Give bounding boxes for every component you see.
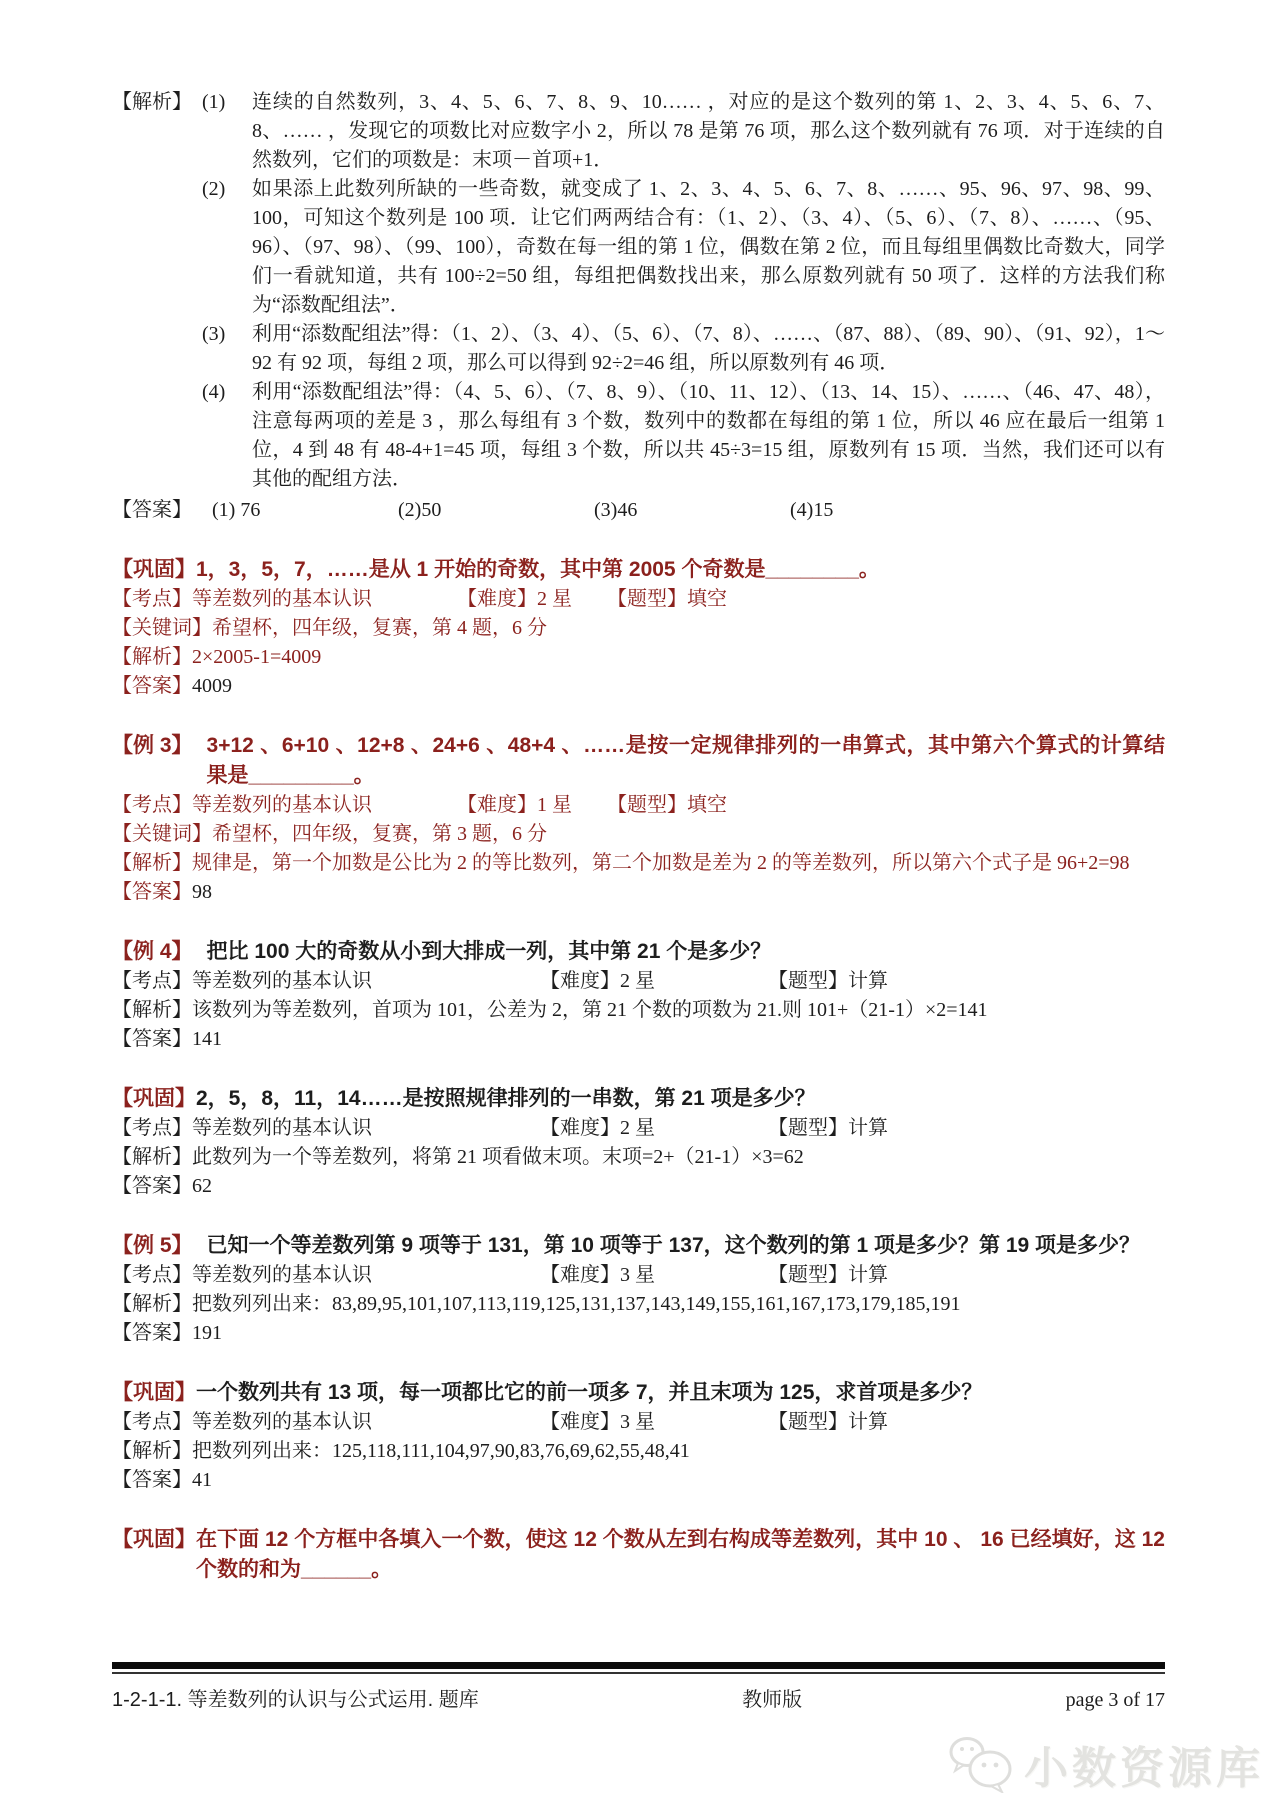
footer-rule-thin <box>112 1672 1165 1674</box>
item-text: 如果添上此数列所缺的一些奇数，就变成了 1、2、3、4、5、6、7、8、……、9… <box>252 175 1165 320</box>
keyword-row: 【关键词】 希望杯，四年级，复赛，第 4 题，6 分 <box>112 614 1165 643</box>
section-gonggu-4: 【巩固】 在下面 12 个方框中各填入一个数，使这 12 个数从左到右构成等差数… <box>112 1525 1165 1585</box>
section-gonggu-1: 【巩固】 1，3，5，7，……是从 1 开始的奇数，其中第 2005 个奇数是_… <box>112 555 1165 701</box>
problem-title-row: 【例 5】 已知一个等差数列第 9 项等于 131，第 10 项等于 137，这… <box>112 1231 1165 1261</box>
section-gonggu-2: 【巩固】 2，5，8，11，14……是按照规律排列的一串数，第 21 项是多少？… <box>112 1084 1165 1201</box>
kaodian-label: 【考点】 <box>112 1264 192 1286</box>
problem-text: 1，3，5，7，……是从 1 开始的奇数，其中第 2005 个奇数是______… <box>196 555 1165 585</box>
daan-label: 【答案】 <box>112 878 192 907</box>
tixing-value: 填空 <box>687 588 727 610</box>
daan-value: 4009 <box>192 672 1165 701</box>
jiexi-label: 【解析】 <box>112 996 192 1025</box>
kaodian-value: 等差数列的基本认识 <box>192 588 372 610</box>
nandu-label: 【难度】 <box>540 1264 620 1286</box>
nandu-value: 2 星 <box>537 588 572 610</box>
nandu-value: 2 星 <box>620 1117 655 1139</box>
tixing-label: 【题型】 <box>768 970 848 992</box>
answers-row: 【答案】 (1) 76 (2)50 (3)46 (4)15 <box>112 496 1165 525</box>
item-number: (4) <box>202 378 252 494</box>
daan-value: 191 <box>192 1319 1165 1348</box>
meta-row: 【考点】等差数列的基本认识 【难度】3 星 【题型】计算 <box>112 1261 1165 1290</box>
item-number: (1) <box>202 88 252 175</box>
meta-row: 【考点】等差数列的基本认识 【难度】2 星 【题型】计算 <box>112 1114 1165 1143</box>
problem-title-row: 【巩固】 一个数列共有 13 项，每一项都比它的前一项多 7，并且末项为 125… <box>112 1378 1165 1408</box>
jiexi-row: 【解析】 2×2005-1=4009 <box>112 643 1165 672</box>
tixing-value: 计算 <box>848 1411 888 1433</box>
watermark: 小数资源库 <box>948 1732 1264 1796</box>
kaodian-value: 等差数列的基本认识 <box>192 794 372 816</box>
problem-title-row: 【例 4】 把比 100 大的奇数从小到大排成一列，其中第 21 个是多少？ <box>112 937 1165 967</box>
problem-title-row: 【巩固】 1，3，5，7，……是从 1 开始的奇数，其中第 2005 个奇数是_… <box>112 555 1165 585</box>
daan-label: 【答案】 <box>112 1172 192 1201</box>
jiexi-label: 【解析】 <box>112 849 192 878</box>
example-label: 【例 4】 <box>112 937 193 967</box>
analysis-item-1: (1) 连续的自然数列，3、4、5、6、7、8、9、10…… ，对应的是这个数列… <box>202 88 1165 175</box>
problem-text: 已知一个等差数列第 9 项等于 131，第 10 项等于 137，这个数列的第 … <box>207 1231 1165 1261</box>
gonggu-label: 【巩固】 <box>112 555 196 585</box>
meta-row: 【考点】等差数列的基本认识 【难度】2 星 【题型】填空 <box>112 585 1165 614</box>
gonggu-label: 【巩固】 <box>112 1378 196 1408</box>
daan-row: 【答案】 141 <box>112 1025 1165 1054</box>
item-number: (2) <box>202 175 252 320</box>
jiexi-value: 此数列为一个等差数列，将第 21 项看做末项。末项=2+（21-1）×3=62 <box>192 1143 1165 1172</box>
daan-label: 【答案】 <box>112 1025 192 1054</box>
daan-label: 【答案】 <box>112 1466 192 1495</box>
nandu-label: 【难度】 <box>457 588 537 610</box>
example-label: 【例 3】 <box>112 731 193 791</box>
nandu-value: 3 星 <box>620 1411 655 1433</box>
kaodian-value: 等差数列的基本认识 <box>192 1117 372 1139</box>
daan-row: 【答案】 62 <box>112 1172 1165 1201</box>
nandu-value: 2 星 <box>620 970 655 992</box>
watermark-text: 小数资源库 <box>1024 1732 1264 1796</box>
problem-title-row: 【例 3】 3+12 、6+10 、12+8 、24+6 、48+4 、……是按… <box>112 731 1165 791</box>
kaodian-value: 等差数列的基本认识 <box>192 1411 372 1433</box>
jiexi-label: 【解析】 <box>112 1143 192 1172</box>
jiexi-value: 该数列为等差数列，首项为 101，公差为 2，第 21 个数的项数为 21.则 … <box>192 996 1165 1025</box>
kaodian-label: 【考点】 <box>112 1411 192 1433</box>
keyword-value: 希望杯，四年级，复赛，第 3 题，6 分 <box>212 820 1165 849</box>
daan-value: 98 <box>192 878 1165 907</box>
analysis-item-4: (4) 利用“添数配组法”得：（4、5、6）、（7、8、9）、（10、11、12… <box>202 378 1165 494</box>
jiexi-label: 【解析】 <box>112 1437 192 1466</box>
kaodian-label: 【考点】 <box>112 1117 192 1139</box>
document-page: 【解析】 (1) 连续的自然数列，3、4、5、6、7、8、9、10…… ，对应的… <box>0 0 1280 1809</box>
daan-row: 【答案】 191 <box>112 1319 1165 1348</box>
kaodian-value: 等差数列的基本认识 <box>192 970 372 992</box>
jiexi-value: 把数列列出来：125,118,111,104,97,90,83,76,69,62… <box>192 1437 1165 1466</box>
analysis-items: (1) 连续的自然数列，3、4、5、6、7、8、9、10…… ，对应的是这个数列… <box>202 88 1165 494</box>
meta-row: 【考点】等差数列的基本认识 【难度】1 星 【题型】填空 <box>112 791 1165 820</box>
footer-doc-title: 1-2-1-1. 等差数列的认识与公式运用. 题库 <box>112 1683 479 1712</box>
item-text: 连续的自然数列，3、4、5、6、7、8、9、10…… ，对应的是这个数列的第 1… <box>252 88 1165 175</box>
keyword-label: 【关键词】 <box>112 820 212 849</box>
analysis-item-3: (3) 利用“添数配组法”得：（1、2）、（3、4）、（5、6）、（7、8）、…… <box>202 320 1165 378</box>
jiexi-row: 【解析】 该数列为等差数列，首项为 101，公差为 2，第 21 个数的项数为 … <box>112 996 1165 1025</box>
answer-label: 【答案】 <box>112 496 202 525</box>
keyword-value: 希望杯，四年级，复赛，第 4 题，6 分 <box>212 614 1165 643</box>
jiexi-value: 规律是，第一个加数是公比为 2 的等比数列，第二个加数是差为 2 的等差数列，所… <box>192 849 1165 878</box>
wechat-icon <box>948 1735 1014 1793</box>
jiexi-value: 2×2005-1=4009 <box>192 643 1165 672</box>
gonggu-label: 【巩固】 <box>112 1525 196 1585</box>
nandu-label: 【难度】 <box>457 794 537 816</box>
problem-text: 3+12 、6+10 、12+8 、24+6 、48+4 、……是按一定规律排列… <box>207 731 1165 791</box>
item-text: 利用“添数配组法”得：（1、2）、（3、4）、（5、6）、（7、8）、……、（8… <box>252 320 1165 378</box>
jiexi-row: 【解析】 把数列列出来：125,118,111,104,97,90,83,76,… <box>112 1437 1165 1466</box>
jiexi-label: 【解析】 <box>112 643 192 672</box>
nandu-label: 【难度】 <box>540 1117 620 1139</box>
answer-3: (3)46 <box>594 496 790 525</box>
gonggu-label: 【巩固】 <box>112 1084 196 1114</box>
analysis-label: 【解析】 <box>112 88 202 494</box>
jiexi-row: 【解析】 此数列为一个等差数列，将第 21 项看做末项。末项=2+（21-1）×… <box>112 1143 1165 1172</box>
footer-edition: 教师版 <box>742 1683 802 1712</box>
daan-value: 41 <box>192 1466 1165 1495</box>
daan-row: 【答案】 41 <box>112 1466 1165 1495</box>
tixing-value: 填空 <box>687 794 727 816</box>
kaodian-value: 等差数列的基本认识 <box>192 1264 372 1286</box>
footer-rule-thick <box>112 1662 1165 1669</box>
item-text: 利用“添数配组法”得：（4、5、6）、（7、8、9）、（10、11、12）、（1… <box>252 378 1165 494</box>
keyword-row: 【关键词】 希望杯，四年级，复赛，第 3 题，6 分 <box>112 820 1165 849</box>
problem-title-row: 【巩固】 在下面 12 个方框中各填入一个数，使这 12 个数从左到右构成等差数… <box>112 1525 1165 1585</box>
problem-text: 一个数列共有 13 项，每一项都比它的前一项多 7，并且末项为 125，求首项是… <box>196 1378 1165 1408</box>
analysis-block: 【解析】 (1) 连续的自然数列，3、4、5、6、7、8、9、10…… ，对应的… <box>112 88 1165 494</box>
jiexi-label: 【解析】 <box>112 1290 192 1319</box>
kaodian-label: 【考点】 <box>112 588 192 610</box>
tixing-label: 【题型】 <box>607 794 687 816</box>
section-gonggu-3: 【巩固】 一个数列共有 13 项，每一项都比它的前一项多 7，并且末项为 125… <box>112 1378 1165 1495</box>
tixing-value: 计算 <box>848 970 888 992</box>
nandu-value: 1 星 <box>537 794 572 816</box>
section-example-4: 【例 4】 把比 100 大的奇数从小到大排成一列，其中第 21 个是多少？ 【… <box>112 937 1165 1054</box>
footer-page-number: page 3 of 17 <box>1066 1689 1165 1712</box>
tixing-value: 计算 <box>848 1264 888 1286</box>
tixing-label: 【题型】 <box>607 588 687 610</box>
answer-1: (1) 76 <box>202 496 398 525</box>
problem-text: 2，5，8，11，14……是按照规律排列的一串数，第 21 项是多少？ <box>196 1084 1165 1114</box>
problem-title-row: 【巩固】 2，5，8，11，14……是按照规律排列的一串数，第 21 项是多少？ <box>112 1084 1165 1114</box>
answer-4: (4)15 <box>790 496 986 525</box>
example-label: 【例 5】 <box>112 1231 193 1261</box>
nandu-label: 【难度】 <box>540 1411 620 1433</box>
kaodian-label: 【考点】 <box>112 970 192 992</box>
page-footer: 1-2-1-1. 等差数列的认识与公式运用. 题库 教师版 page 3 of … <box>112 1662 1165 1712</box>
daan-row: 【答案】 4009 <box>112 672 1165 701</box>
jiexi-row: 【解析】 规律是，第一个加数是公比为 2 的等比数列，第二个加数是差为 2 的等… <box>112 849 1165 878</box>
nandu-value: 3 星 <box>620 1264 655 1286</box>
section-example-5: 【例 5】 已知一个等差数列第 9 项等于 131，第 10 项等于 137，这… <box>112 1231 1165 1348</box>
section-example-3: 【例 3】 3+12 、6+10 、12+8 、24+6 、48+4 、……是按… <box>112 731 1165 907</box>
footer-text-row: 1-2-1-1. 等差数列的认识与公式运用. 题库 教师版 page 3 of … <box>112 1683 1165 1712</box>
daan-row: 【答案】 98 <box>112 878 1165 907</box>
jiexi-row: 【解析】 把数列列出来：83,89,95,101,107,113,119,125… <box>112 1290 1165 1319</box>
tixing-value: 计算 <box>848 1117 888 1139</box>
problem-text: 在下面 12 个方框中各填入一个数，使这 12 个数从左到右构成等差数列，其中 … <box>196 1525 1165 1585</box>
daan-label: 【答案】 <box>112 1319 192 1348</box>
item-number: (3) <box>202 320 252 378</box>
tixing-label: 【题型】 <box>768 1117 848 1139</box>
tixing-label: 【题型】 <box>768 1264 848 1286</box>
daan-value: 141 <box>192 1025 1165 1054</box>
answer-2: (2)50 <box>398 496 594 525</box>
meta-row: 【考点】等差数列的基本认识 【难度】2 星 【题型】计算 <box>112 967 1165 996</box>
kaodian-label: 【考点】 <box>112 794 192 816</box>
problem-text: 把比 100 大的奇数从小到大排成一列，其中第 21 个是多少？ <box>207 937 1165 967</box>
nandu-label: 【难度】 <box>540 970 620 992</box>
tixing-label: 【题型】 <box>768 1411 848 1433</box>
analysis-item-2: (2) 如果添上此数列所缺的一些奇数，就变成了 1、2、3、4、5、6、7、8、… <box>202 175 1165 320</box>
daan-value: 62 <box>192 1172 1165 1201</box>
daan-label: 【答案】 <box>112 672 192 701</box>
meta-row: 【考点】等差数列的基本认识 【难度】3 星 【题型】计算 <box>112 1408 1165 1437</box>
keyword-label: 【关键词】 <box>112 614 212 643</box>
jiexi-value: 把数列列出来：83,89,95,101,107,113,119,125,131,… <box>192 1290 1165 1319</box>
